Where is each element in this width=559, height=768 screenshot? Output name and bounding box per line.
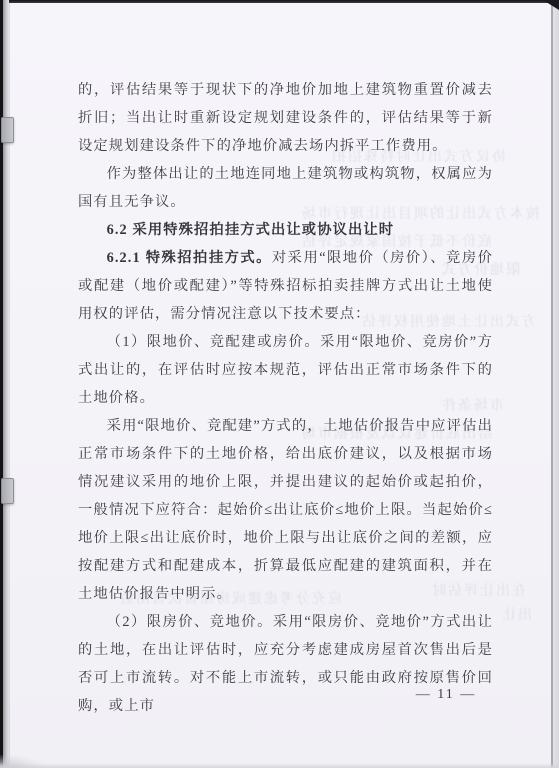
paragraph: 采用“限地价、竞配建”方式的，土地估价报告中应评估出正常市场条件下的土地价格，给… — [78, 412, 493, 608]
binder-tab-top — [1, 117, 14, 143]
scan-edge-bottom — [0, 763, 559, 768]
heading-run: 6.2 采用特殊招拍挂方式出让或协议出让时 — [107, 222, 395, 238]
text-run: 作为整体出让的土地连同地上建筑物或构筑物，权属应为国有且无争议。 — [78, 166, 493, 210]
scan-corner-top-right — [543, 0, 559, 10]
page-edge-left — [3, 0, 9, 768]
scanned-page: 协议方式出让时特殊招拍按本方式出让的项目出让现行市场底价不低于按国家规定评估限地… — [0, 0, 559, 768]
text-run: （1）限地价、竞配建或房价。采用“限地价、竞房价”方式出让的，在评估时应按本规范… — [78, 334, 493, 406]
text-run: 采用“限地价、竞配建”方式的，土地估价报告中应评估出正常市场条件下的土地价格，给… — [78, 418, 493, 602]
paragraph: （2）限房价、竞地价。采用“限房价、竞地价”方式出让的土地，在出让评估时，应充分… — [78, 608, 493, 720]
binder-tab-bottom — [1, 478, 14, 504]
paragraph: 6.2 采用特殊招拍挂方式出让或协议出让时 — [78, 216, 493, 244]
text-run: 的，评估结果等于现状下的净地价加地上建筑物重置价减去折旧；当出让时重新设定规划建… — [78, 82, 493, 154]
paragraph: 作为整体出让的土地连同地上建筑物或构筑物，权属应为国有且无争议。 — [78, 160, 493, 216]
document-body: 的，评估结果等于现状下的净地价加地上建筑物重置价减去折旧；当出让时重新设定规划建… — [78, 76, 493, 720]
scan-edge-right — [553, 0, 559, 768]
ghost-text-line: 出让 — [500, 604, 532, 624]
paper-crease — [9, 0, 10, 768]
paragraph: 6.2.1 特殊招拍挂方式。对采用“限地价（房价）、竞房价或配建（地价或配建）”… — [78, 244, 493, 328]
page-number: — 11 — — [398, 687, 494, 703]
heading-run: 6.2.1 特殊招拍挂方式。 — [107, 250, 272, 266]
paragraph: 的，评估结果等于现状下的净地价加地上建筑物重置价减去折旧；当出让时重新设定规划建… — [78, 76, 493, 160]
scan-corner-bottom-left — [0, 754, 46, 768]
scan-edge-top — [0, 0, 559, 3]
paragraph: （1）限地价、竞配建或房价。采用“限地价、竞房价”方式出让的，在评估时应按本规范… — [78, 328, 493, 412]
